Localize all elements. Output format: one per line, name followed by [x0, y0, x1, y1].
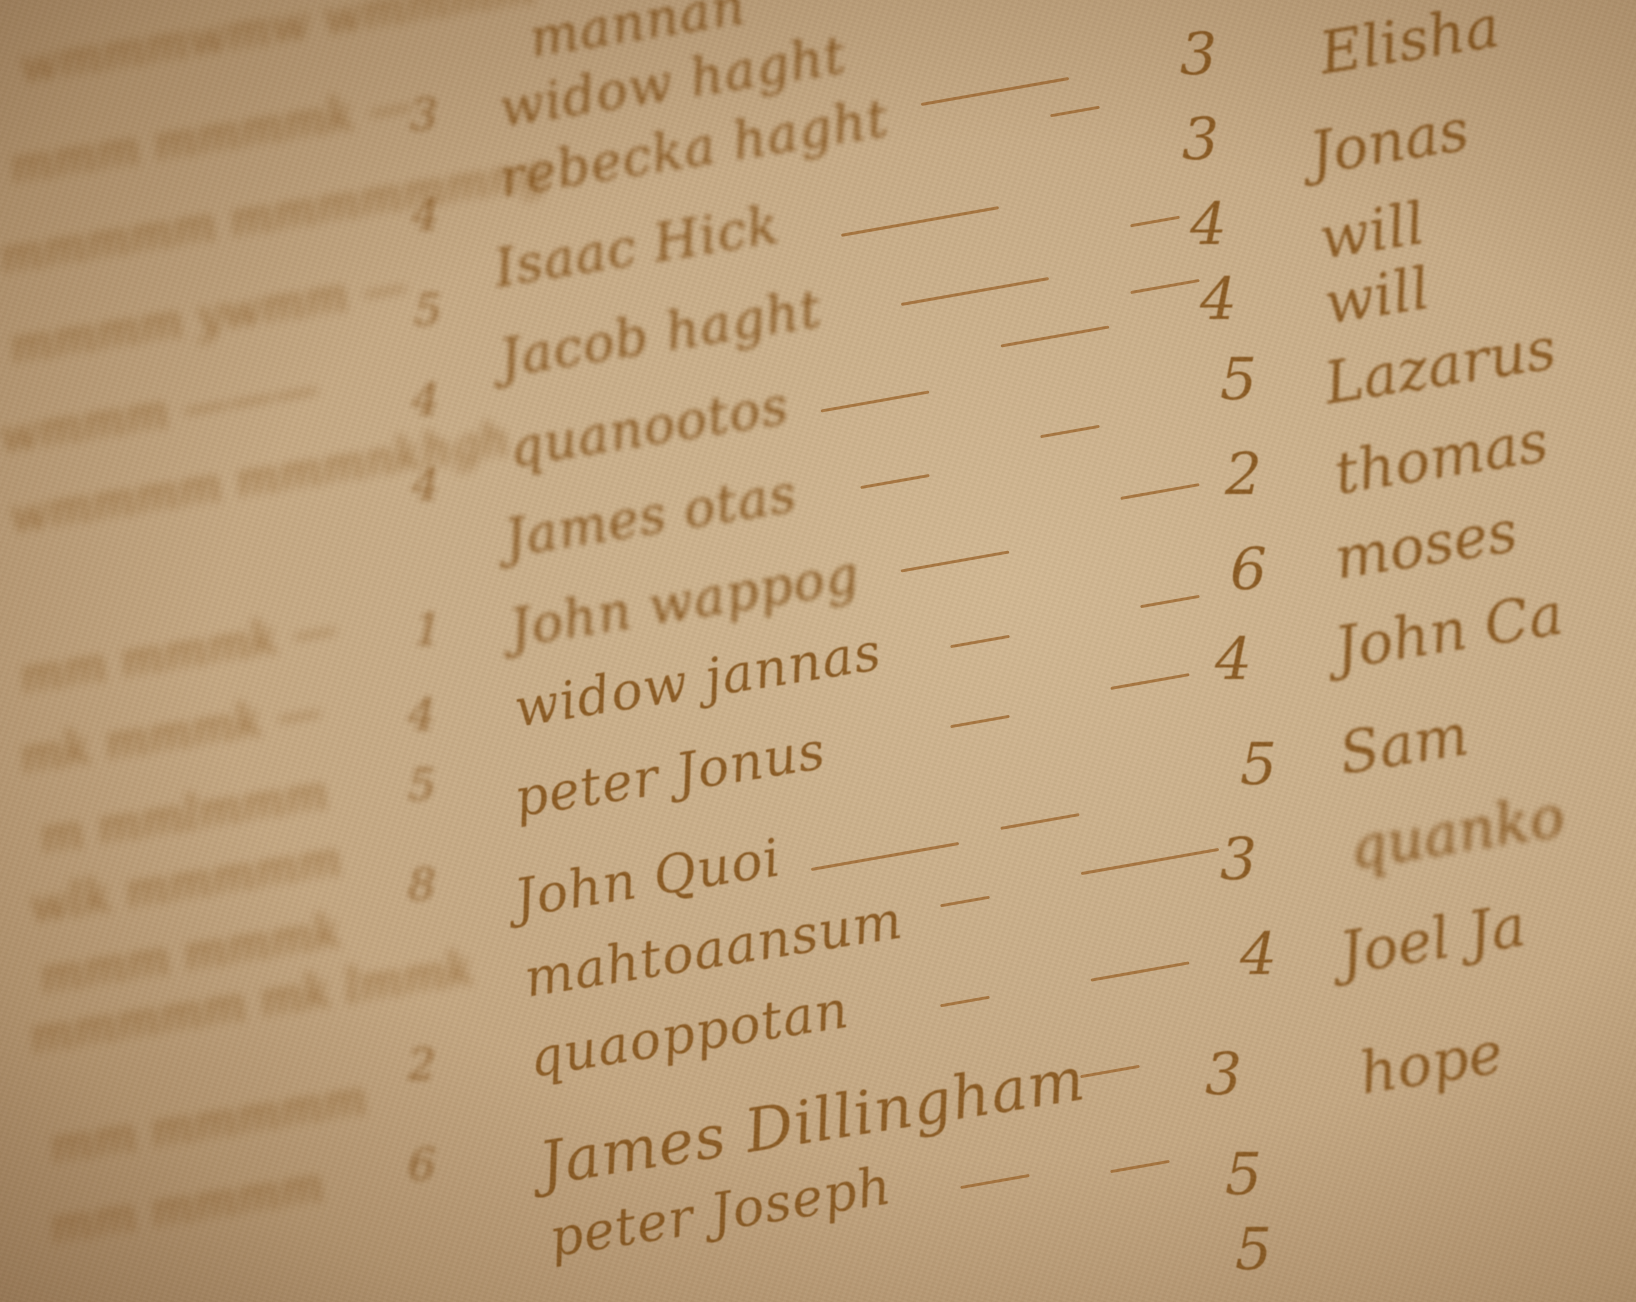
- right-name-entry: thomas: [1330, 407, 1553, 508]
- right-name-entry: hope: [1355, 1018, 1508, 1108]
- manuscript-photo: wmmmwmw wmmmm mmm mmmmk — mmmmm mmmmmmng…: [0, 0, 1636, 1302]
- right-name-entry: moses: [1330, 497, 1522, 593]
- right-name-entry: Elisha: [1315, 0, 1505, 88]
- right-column-names: Elisha Jonas will will Lazarus thomas mo…: [0, 0, 1636, 1302]
- right-name-entry: John Ca: [1330, 579, 1568, 682]
- right-name-entry: Jonas: [1305, 95, 1474, 187]
- right-name-entry: quanko: [1345, 782, 1569, 883]
- right-name-entry: Sam: [1335, 700, 1473, 787]
- right-name-entry: Joel Ja: [1335, 891, 1531, 987]
